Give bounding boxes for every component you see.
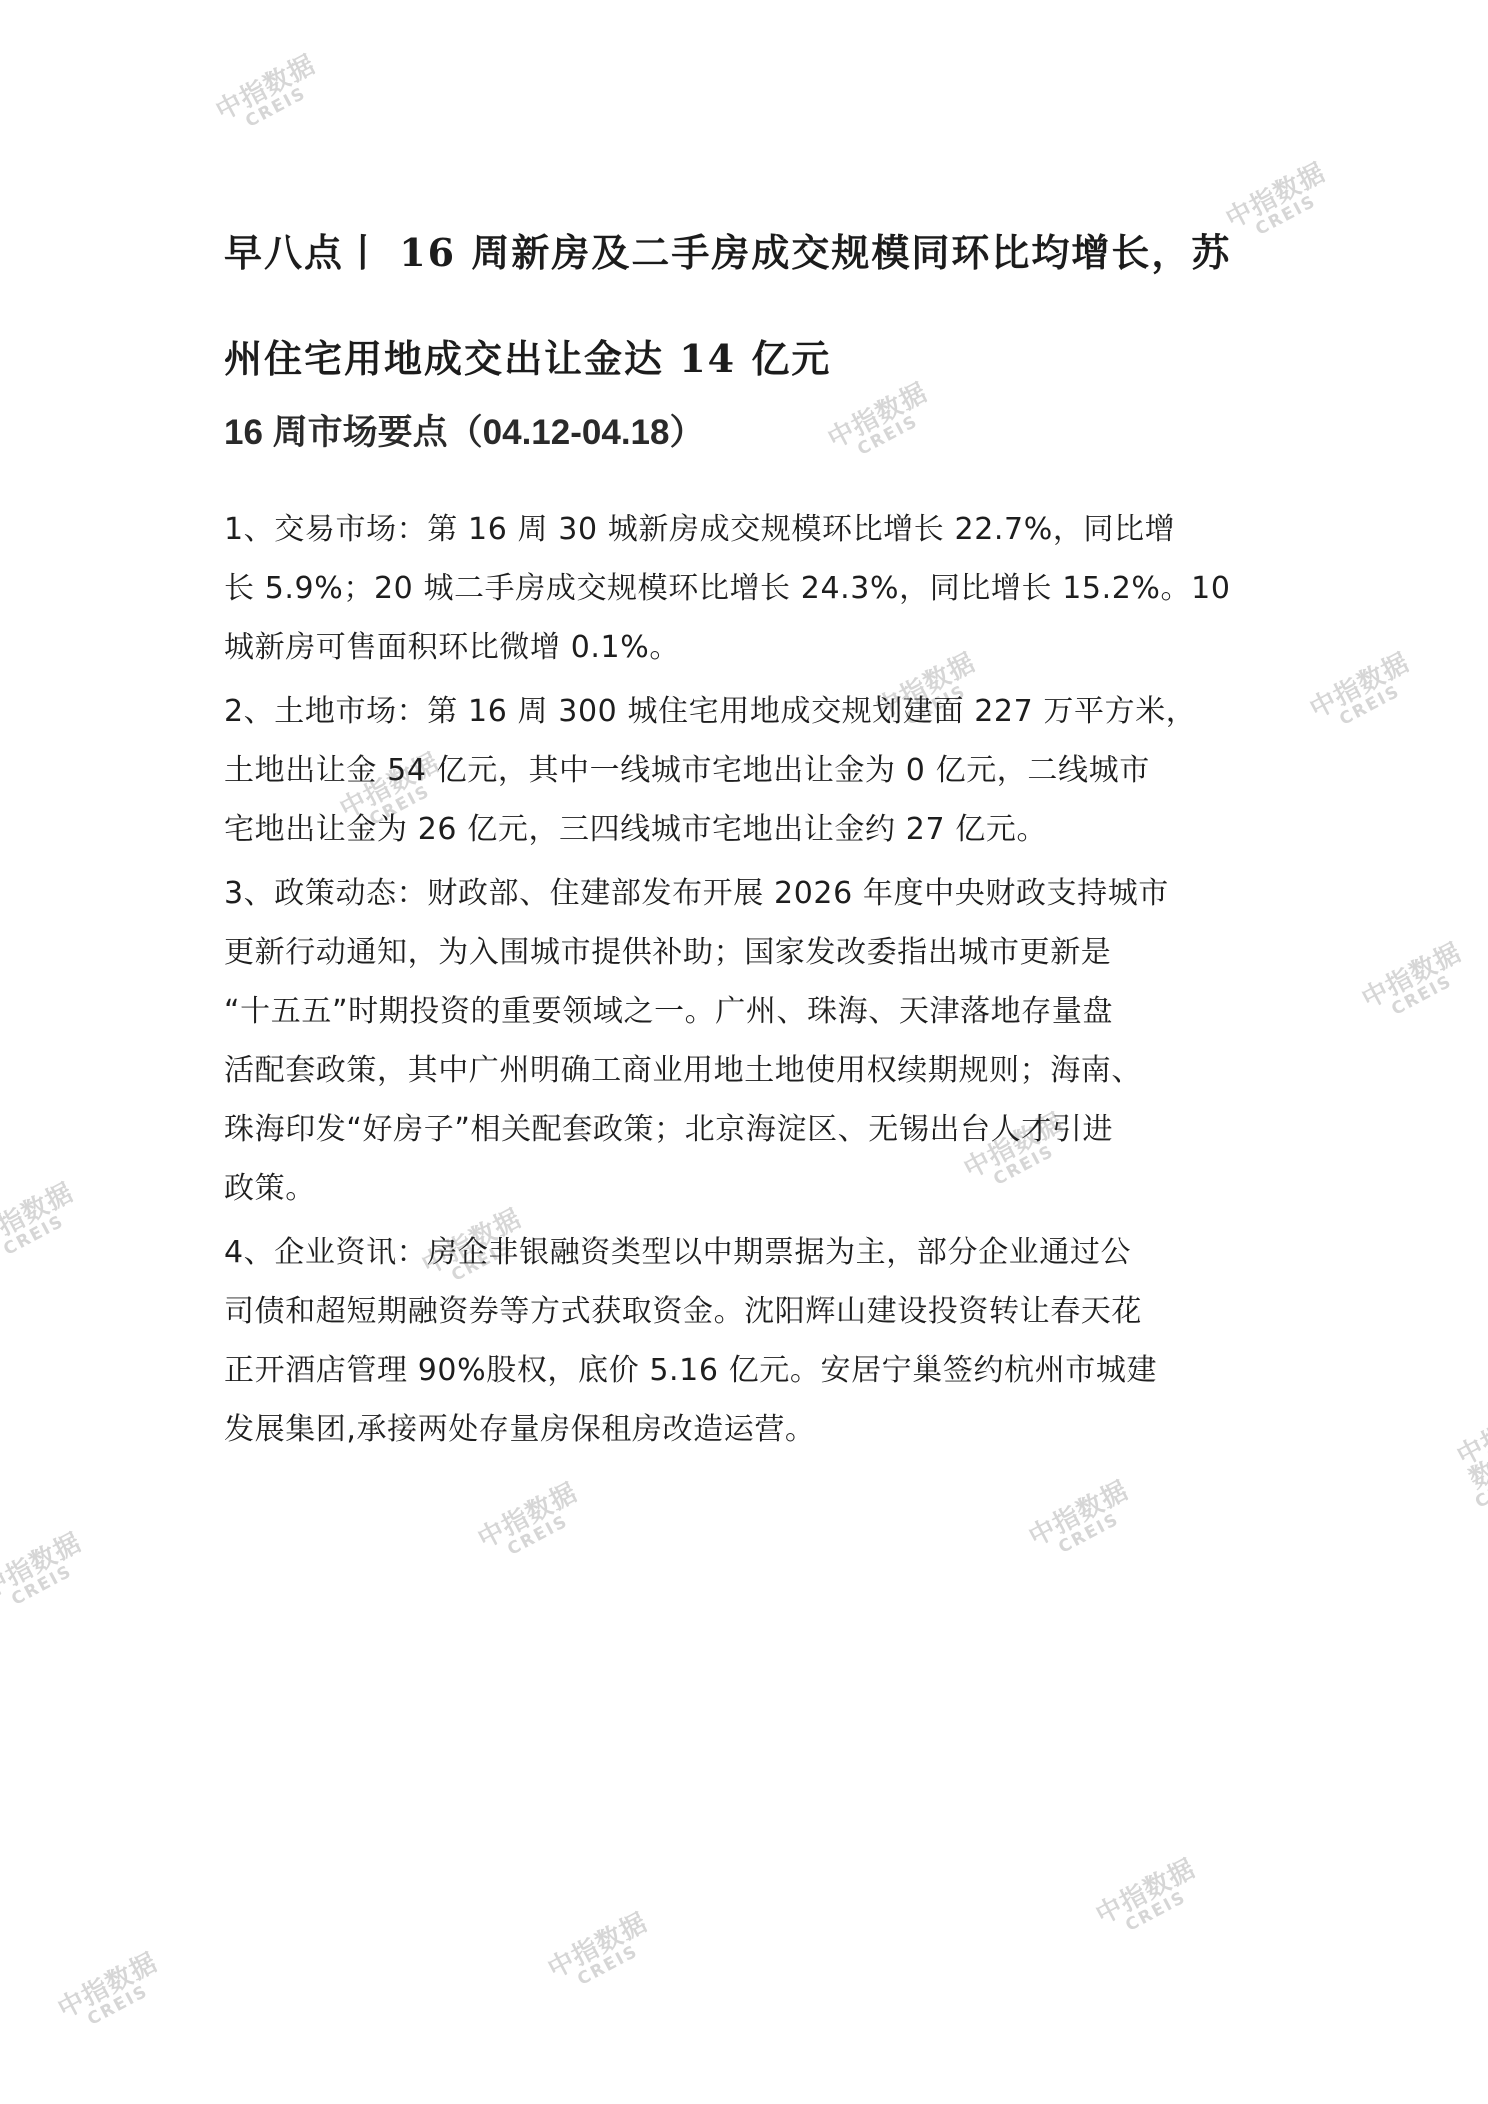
text-line: 正开酒店管理 90%股权，底价 5.16 亿元。安居宁巢签约杭州市城建	[224, 1341, 1264, 1400]
text-line: 长 5.9%；20 城二手房成交规模环比增长 24.3%，同比增长 15.2%。…	[224, 559, 1264, 618]
text-line: 政策。	[224, 1159, 1264, 1218]
watermark: 中指数据CREIS	[544, 1909, 660, 1999]
watermark: 中指数据CREIS	[0, 1179, 86, 1269]
section-heading: 16 周市场要点（04.12-04.18）	[224, 408, 704, 458]
text-line: 宅地出让金为 26 亿元，三四线城市宅地出让金约 27 亿元。	[224, 800, 1264, 859]
title-line: 州住宅用地成交出让金达 14 亿元	[224, 306, 1264, 412]
point-land-market: 2、土地市场：第 16 周 300 城住宅用地成交规划建面 227 万平方米， …	[224, 682, 1264, 859]
text-line: 活配套政策，其中广州明确工商业用地土地使用权续期规则；海南、	[224, 1041, 1264, 1100]
point-policy-updates: 3、政策动态：财政部、住建部发布开展 2026 年度中央财政支持城市 更新行动通…	[224, 864, 1264, 1218]
watermark: 中指数据CREIS	[1092, 1855, 1208, 1945]
text-line: 发展集团,承接两处存量房保租房改造运营。	[224, 1400, 1264, 1459]
text-line: “十五五”时期投资的重要领域之一。广州、珠海、天津落地存量盘	[224, 982, 1264, 1041]
watermark: 中指数据CREIS	[1306, 649, 1422, 739]
text-line: 司债和超短期融资券等方式获取资金。沈阳辉山建设投资转让春天花	[224, 1282, 1264, 1341]
text-line: 更新行动通知，为入围城市提供补助；国家发改委指出城市更新是	[224, 923, 1264, 982]
watermark: 中指数据CREIS	[54, 1949, 170, 2039]
watermark: 中指数据CREIS	[212, 51, 328, 141]
document-title: 早八点丨 16 周新房及二手房成交规模同环比均增长，苏 州住宅用地成交出让金达 …	[224, 200, 1264, 412]
text-line: 2、土地市场：第 16 周 300 城住宅用地成交规划建面 227 万平方米，	[224, 682, 1264, 741]
watermark: 中指数据CREIS	[0, 1529, 94, 1619]
text-line: 1、交易市场：第 16 周 30 城新房成交规模环比增长 22.7%，同比增	[224, 500, 1264, 559]
watermark: 中指数据CREIS	[474, 1479, 590, 1569]
title-line: 早八点丨 16 周新房及二手房成交规模同环比均增长，苏	[224, 200, 1264, 306]
text-line: 4、企业资讯：房企非银融资类型以中期票据为主，部分企业通过公	[224, 1223, 1264, 1282]
point-company-news: 4、企业资讯：房企非银融资类型以中期票据为主，部分企业通过公 司债和超短期融资券…	[224, 1223, 1264, 1459]
watermark: 中指数据CREIS	[1448, 1419, 1488, 1512]
watermark: 中指数据CREIS	[1025, 1477, 1141, 1567]
text-line: 珠海印发“好房子”相关配套政策；北京海淀区、无锡出台人才引进	[224, 1100, 1264, 1159]
text-line: 3、政策动态：财政部、住建部发布开展 2026 年度中央财政支持城市	[224, 864, 1264, 923]
market-points-list: 1、交易市场：第 16 周 30 城新房成交规模环比增长 22.7%，同比增 长…	[224, 500, 1264, 1459]
text-line: 土地出让金 54 亿元，其中一线城市宅地出让金为 0 亿元，二线城市	[224, 741, 1264, 800]
watermark: 中指数据CREIS	[1358, 939, 1474, 1029]
point-trading-market: 1、交易市场：第 16 周 30 城新房成交规模环比增长 22.7%，同比增 长…	[224, 500, 1264, 677]
document-page: 中指数据CREIS 中指数据CREIS 中指数据CREIS 中指数据CREIS …	[0, 0, 1488, 2104]
text-line: 城新房可售面积环比微增 0.1%。	[224, 618, 1264, 677]
